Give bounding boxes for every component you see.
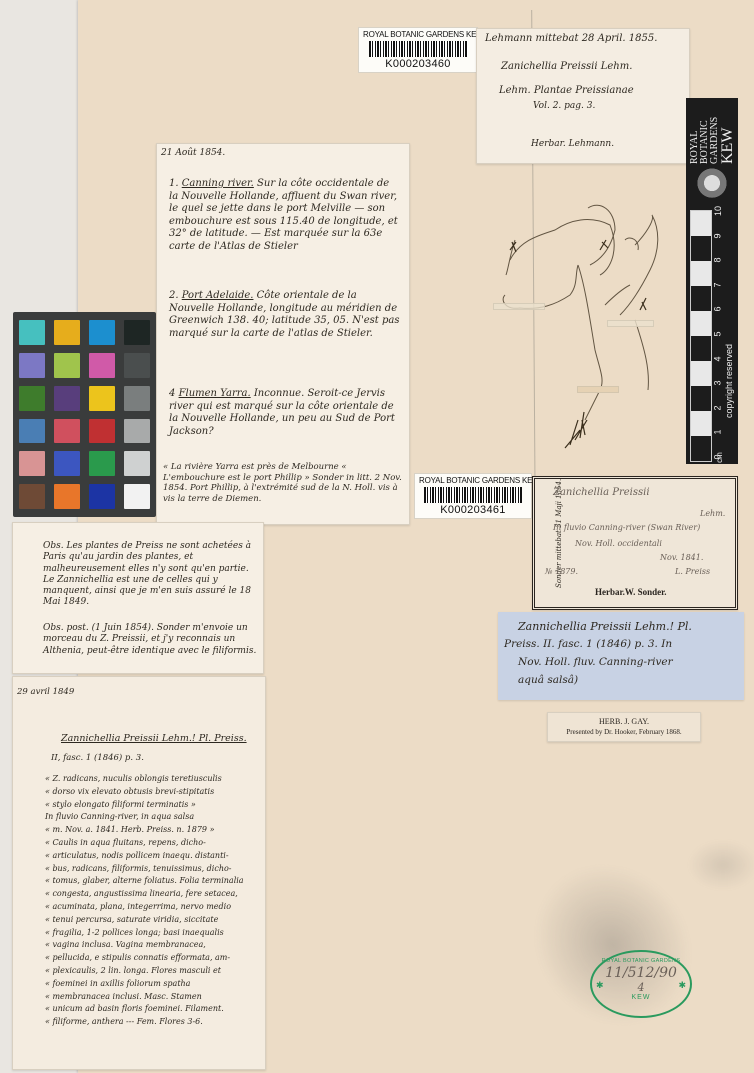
sonder-extra: Nov. Holl. occidentali — [575, 539, 662, 549]
ruler-numbers: 012345678910 — [712, 206, 724, 462]
note-date: 21 Août 1854. — [161, 148, 225, 159]
barcode-number: K000203461 — [419, 504, 527, 516]
note-entry-2: 2. Port Adelaide. Côte orientale de la N… — [169, 290, 401, 340]
sonder-locality: In fluvio Canning-river (Swan River) — [553, 523, 700, 533]
lehmann-header: Lehmann mittebat 28 April. 1855. — [485, 33, 657, 46]
gay-label: HERB. J. GAY. Presented by Dr. Hooker, F… — [547, 712, 701, 742]
note-1854: 21 Août 1854. 1. Canning river. Sur la c… — [156, 143, 410, 525]
scale-org-text: ROYALBOTANICGARDENSKEW — [690, 104, 734, 164]
color-swatch — [19, 386, 45, 411]
kew-accession-stamp: ROYAL BOTANIC GARDENS 11/512/90 4 KEW ✱ … — [590, 950, 692, 1018]
obs-note: Obs. Les plantes de Preiss ne sont achet… — [12, 522, 264, 674]
stamp-bottom: KEW — [592, 994, 690, 1001]
blue-line-4: aquâ salsâ) — [518, 674, 578, 687]
color-swatch — [19, 419, 45, 444]
kew-scale-bar: ROYALBOTANICGARDENSKEW 012345678910 copy… — [686, 98, 738, 464]
note-entry-1: 1. Canning river. Sur la côte occidental… — [169, 178, 401, 253]
color-swatch — [124, 419, 150, 444]
color-swatch — [19, 451, 45, 476]
barcode-bars — [424, 487, 521, 503]
color-swatch — [89, 419, 115, 444]
specimen-stain-small — [688, 840, 754, 890]
color-swatch — [54, 419, 80, 444]
stamp-number: 11/512/90 — [592, 965, 690, 981]
color-swatch — [54, 484, 80, 509]
ruler-ticks — [690, 210, 712, 462]
blue-line-2: Preiss. II. fasc. 1 (1846) p. 3. In — [504, 638, 672, 651]
color-swatch — [54, 320, 80, 345]
gay-note-title: Zannichellia Preissii Lehm.! Pl. Preiss. — [61, 733, 247, 745]
lehmann-line-2: Lehm. Plantae Preissianae — [499, 85, 634, 98]
barcode-number: K000203460 — [363, 58, 473, 70]
sonder-label: Sonder mittebat 31 Maji 1854. Zanichelli… — [532, 476, 738, 610]
color-swatch — [19, 320, 45, 345]
lehmann-signature: Herbar. Lehmann. — [531, 139, 614, 150]
color-swatch — [89, 353, 115, 378]
lehmann-line-1: Zanichellia Preissii Lehm. — [501, 61, 632, 74]
barcode-org: ROYAL BOTANIC GARDENS KEW — [363, 30, 473, 39]
specimen-tape-3 — [577, 386, 619, 393]
color-swatch — [54, 353, 80, 378]
color-swatch — [89, 451, 115, 476]
color-swatch — [124, 451, 150, 476]
color-swatch — [124, 353, 150, 378]
gay-note-ref: II, fasc. 1 (1846) p. 3. — [51, 753, 144, 764]
blue-line-3: Nov. Holl. fluv. Canning-river — [518, 656, 673, 669]
note-footnote: « La rivière Yarra est près de Melbourne… — [163, 462, 403, 505]
obs-1: Obs. Les plantes de Preiss ne sont achet… — [43, 541, 258, 609]
color-swatch — [89, 484, 115, 509]
gay-note: 29 avril 1849 Zannichellia Preissii Lehm… — [12, 676, 266, 1070]
color-swatch — [89, 320, 115, 345]
note-entry-4: 4 Flumen Yarra. Inconnue. Seroit-ce Jerv… — [169, 388, 401, 438]
sonder-collector: L. Preiss — [675, 567, 710, 577]
obs-2: Obs. post. (1 Juin 1854). Sonder m'envoi… — [43, 623, 258, 657]
color-swatch — [124, 484, 150, 509]
stamp-sub: 4 — [592, 981, 690, 994]
sonder-title: Zanichellia Preissii — [553, 487, 650, 500]
barcode-label-1: ROYAL BOTANIC GARDENS KEW K000203460 — [358, 27, 478, 73]
gay-note-body: « Z. radicans, nuculis oblongis teretius… — [45, 773, 263, 1029]
color-swatch — [54, 386, 80, 411]
barcode-label-2: ROYAL BOTANIC GARDENS KEW K000203461 — [414, 473, 532, 519]
lehmann-line-3: Vol. 2. pag. 3. — [533, 101, 595, 112]
color-calibration-chart — [13, 312, 156, 517]
sonder-number: № 1879. — [545, 567, 578, 577]
color-swatch — [54, 451, 80, 476]
blue-label: Zannichellia Preissii Lehm.! Pl. Preiss.… — [498, 612, 744, 700]
gay-title: HERB. J. GAY. — [548, 717, 700, 726]
specimen-tape-1 — [493, 303, 545, 310]
stamp-top: ROYAL BOTANIC GARDENS — [592, 958, 690, 964]
gay-note-date: 29 avril 1849 — [17, 687, 74, 698]
color-swatch — [19, 353, 45, 378]
copyright-text: copyright reserved — [724, 218, 736, 418]
barcode-org: ROYAL BOTANIC GARDENS KEW — [419, 476, 527, 485]
star-icon: ✱ — [596, 980, 604, 991]
color-swatch — [124, 386, 150, 411]
color-swatch — [124, 320, 150, 345]
sonder-author: Lehm. — [700, 509, 725, 519]
color-swatch — [89, 386, 115, 411]
sonder-date: Nov. 1841. — [660, 553, 703, 563]
kew-crest-icon — [696, 166, 728, 204]
unit-label: cm — [715, 452, 724, 463]
specimen-plant — [460, 190, 690, 460]
color-swatch — [19, 484, 45, 509]
sonder-printed: Herbar.W. Sonder. — [595, 587, 667, 597]
barcode-bars — [369, 41, 468, 57]
lehmann-label: Lehmann mittebat 28 April. 1855. Zaniche… — [476, 28, 690, 164]
gay-subtitle: Presented by Dr. Hooker, February 1868. — [548, 728, 700, 736]
specimen-tape-2 — [607, 320, 654, 327]
star-icon: ✱ — [678, 980, 686, 991]
blue-line-1: Zannichellia Preissii Lehm.! Pl. — [518, 620, 692, 634]
